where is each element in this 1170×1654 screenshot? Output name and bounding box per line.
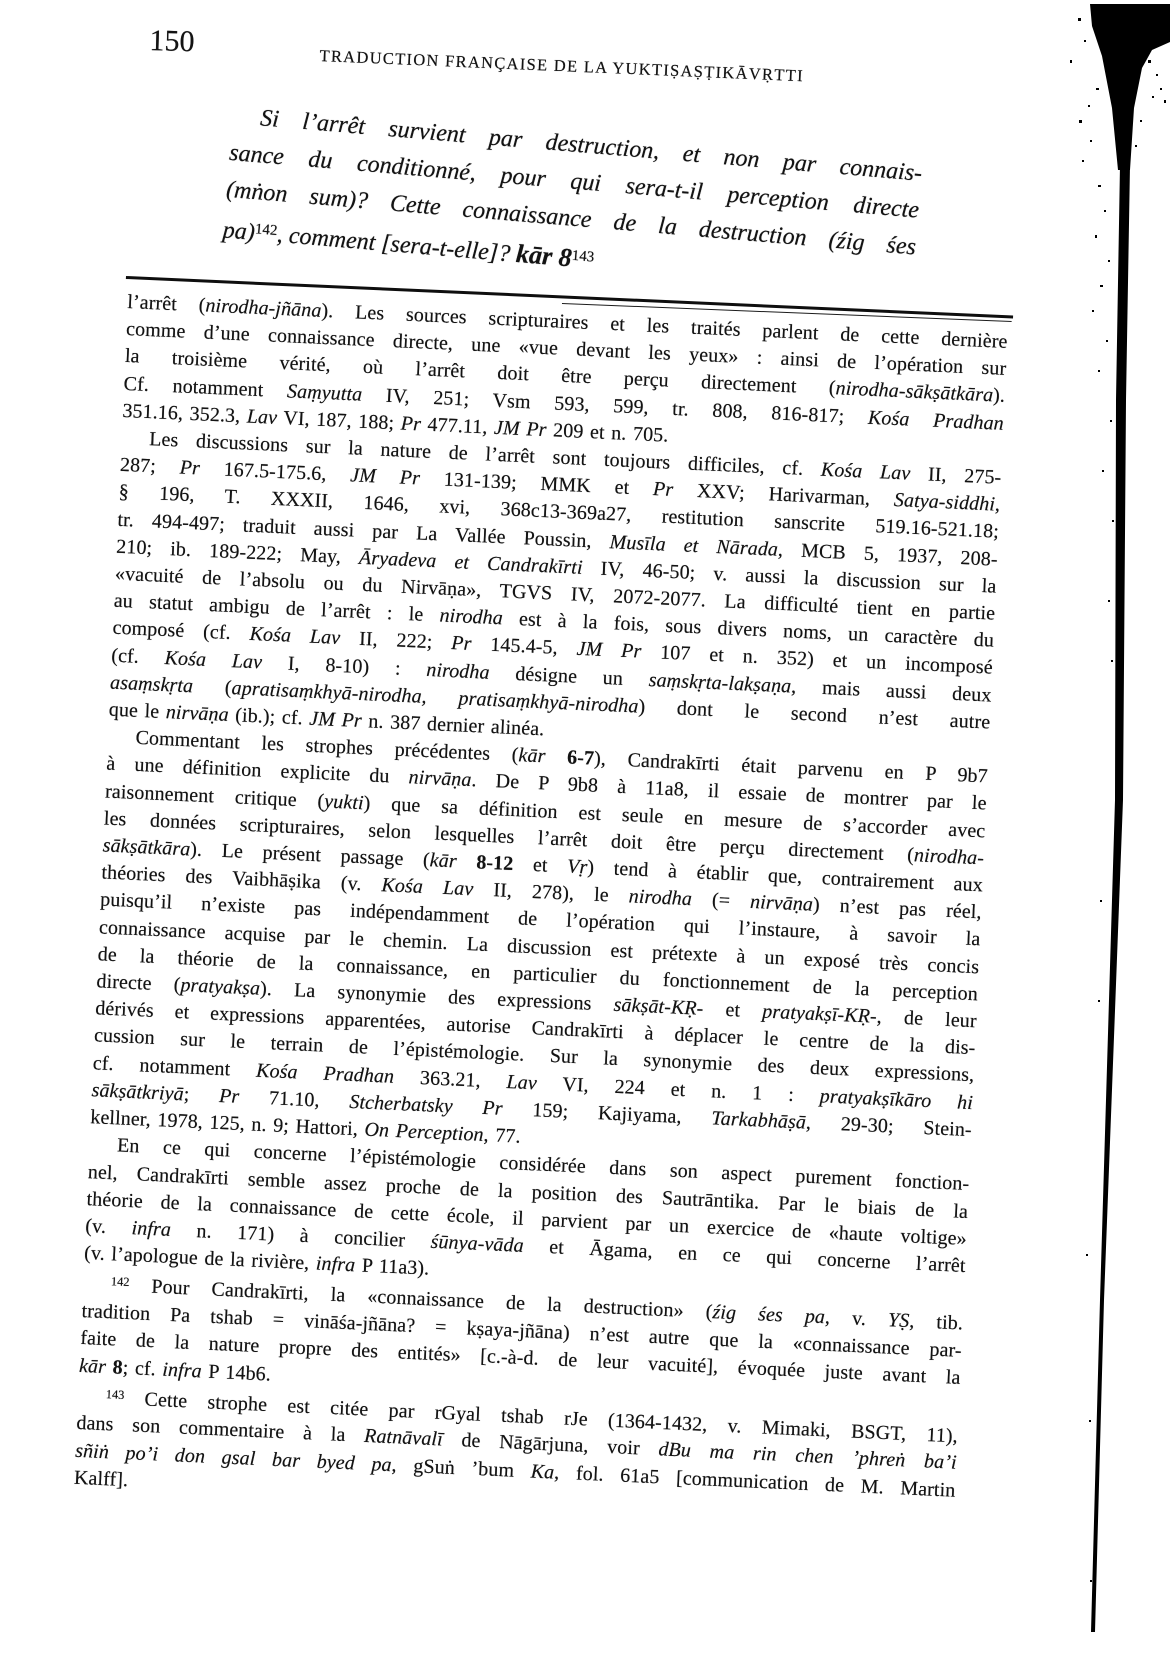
footnote-paragraph: Les discussions sur la nature de l’arrêt… [108, 425, 1002, 764]
scanned-book-page: 150 TRADUCTION FRANÇAISE DE LA YUKTIṢAṢṬ… [0, 0, 1170, 1654]
page-number: 150 [149, 24, 195, 59]
running-header: TRADUCTION FRANÇAISE DE LA YUKTIṢAṢṬIKĀV… [319, 46, 804, 86]
footnote-block: l’arrêt (nirodha-jñāna). Les sources scr… [73, 289, 1008, 1532]
footnote-paragraph: Commentant les strophes précédentes (kār… [90, 724, 989, 1172]
verse-block: Si l’arrêt survient par destruction, et … [221, 98, 923, 307]
